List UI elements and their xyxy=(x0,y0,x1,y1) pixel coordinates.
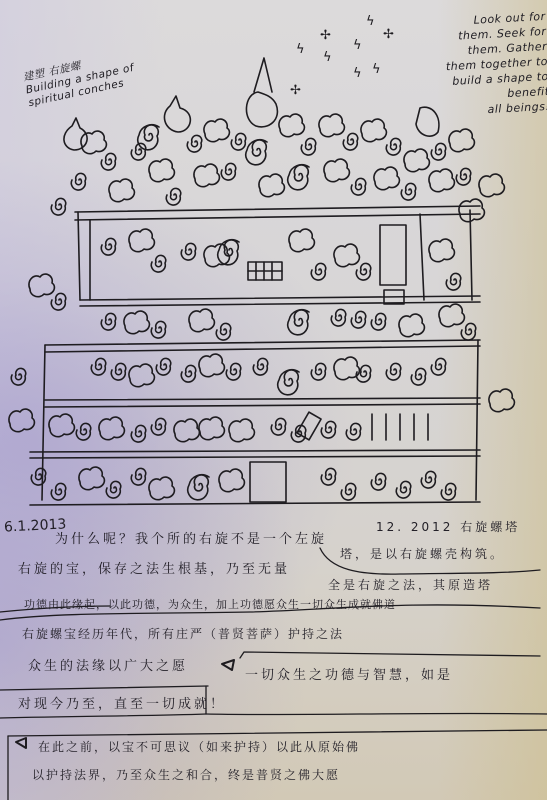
journal-line: 右旋的宝，保存之法生根基，乃至无量 xyxy=(18,558,290,577)
sketchbook-page: 建塑 右旋螺 Building a shape of spiritual con… xyxy=(0,0,547,800)
journal-line: 功德由此缘起，以此功德，为众生，加上功德愿众生一切众生成就佛道 xyxy=(24,596,396,612)
journal-line: 以护持法界，乃至众生之和合，终是普贤之佛大愿 xyxy=(32,766,340,783)
journal-line: 12. 2012 右旋螺塔 xyxy=(376,518,520,535)
journal-line: 为什么呢？我个所的右旋不是一个左旋 xyxy=(55,528,327,547)
journal-line: 塔，是以右旋螺壳构筑。 xyxy=(340,545,505,562)
journal-line: 一切众生之功德与智慧，如是 xyxy=(245,664,453,683)
conch-structure-drawing xyxy=(0,0,547,520)
journal-line: 右旋螺宝经历年代，所有庄严（普贤菩萨）护持之法 xyxy=(22,625,344,642)
journal-line: 对现今乃至，直至一切成就！ xyxy=(18,693,226,712)
journal-line: 全是右旋之法，其原造塔 xyxy=(328,576,493,593)
journal-line: 众生的法缘以广大之愿 xyxy=(28,655,188,674)
journal-line: 在此之前，以宝不可思议（如来护持）以此从原始佛 xyxy=(38,738,360,755)
